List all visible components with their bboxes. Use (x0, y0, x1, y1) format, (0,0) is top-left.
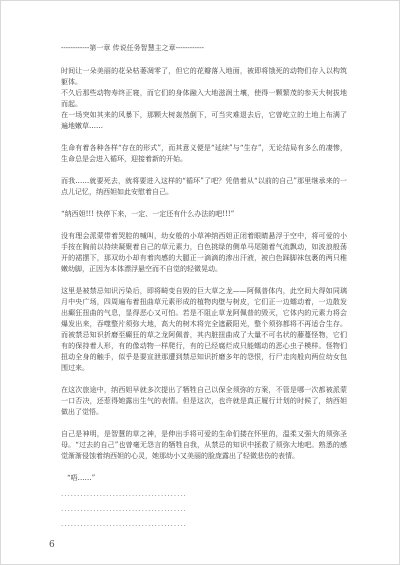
paragraph: 在这次旅途中，纳西妲早就多次提出了牺牲自己以保全须弥的方案，不管是哪一次都被派蒙… (61, 385, 347, 418)
ellipsis-line: ....................................... (61, 519, 347, 529)
paragraph: 没有理会派蒙带着哭腔的喊叫，幼女般的小草神纳西妲正闭着眼睛悬浮于空中，将可爱的小… (61, 231, 347, 275)
document-page: ------------第一章 传说任务智慧主之章------------ 时间… (0, 0, 400, 565)
ellipsis-line: ....................................... (61, 489, 347, 499)
quote-line: “唔……” (61, 473, 347, 484)
intro-line-1: 时间让一朵美丽的花朵枯萎凋零了，但它的花瓣落入地面，被即将饿死的动物们存入以构筑… (61, 66, 347, 88)
paragraph: 而我……就要死去，就将要进入这样的“循环”了吧？凭借着从“以前的自己”那里继承来… (61, 176, 347, 198)
paragraph: 生命有着各种各样“存在的形式”，而其意义便是“延续”与“生存”，无论结局有多么的… (61, 143, 347, 165)
page-number: 6 (49, 540, 55, 550)
ellipsis-line: ....................................... (61, 504, 347, 514)
intro-line-2: 不久后那些动物寿终正寝，而它们的身体融入大地滋润土壤，使得一颗繁茂的参天大树拔地… (61, 88, 347, 110)
paragraph: 自己是神明，是智慧的草之神，是伸出手将可爱的生命们搂在怀里的，温柔又强大的须弥圣… (61, 429, 347, 462)
paragraph: “纳西妲!!! 快停下来，一定、一定还有什么办法的吧!!!” (61, 209, 347, 220)
text-area: ------------第一章 传说任务智慧主之章------------ 时间… (61, 43, 347, 529)
chapter-heading: ------------第一章 传说任务智慧主之章------------ (61, 43, 347, 54)
paragraph: 这里是被禁忌知识污染后，即将畸变自毁的巨大草之龙——阿佩普体内，此空间大得如同璃… (61, 286, 347, 374)
intro-line-3: 在一场突如其来的风暴下，那颗大树轰然倒下，可当灾难退去后，它曾屹立的土地上布满了… (61, 110, 347, 132)
